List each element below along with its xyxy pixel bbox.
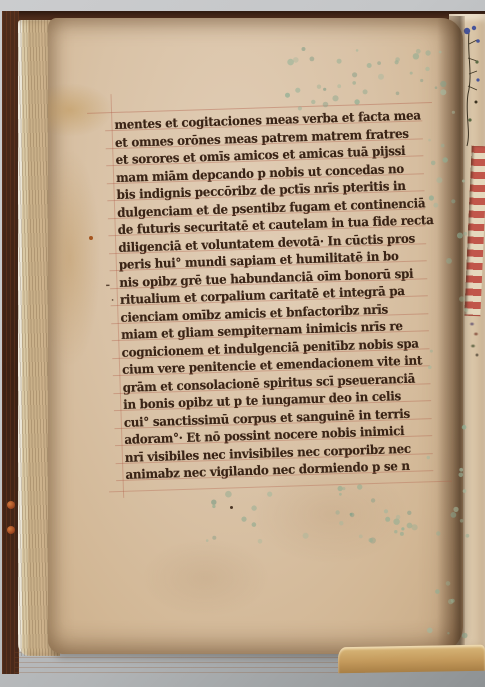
book-cover-spine [2,11,19,674]
text-lines: mentes et cogitaciones meas verba et fac… [114,106,447,483]
rust-fleck [89,236,93,240]
binding-nail-icon [7,526,15,534]
ink-fleck [230,506,233,509]
ruling-bottom-line [109,481,452,493]
binding-nail-icon [7,501,15,509]
ink-fleck [160,231,163,233]
facing-page-border-detail [468,318,482,358]
manuscript-photo: - · mentes et cogitaciones meas verba et… [0,0,485,687]
text-block: - · mentes et cogitaciones meas verba et… [114,100,448,510]
book-cover-bottom-edge [15,651,365,673]
margin-mark: - [105,278,110,291]
damaged-leaf-edge [338,645,485,674]
